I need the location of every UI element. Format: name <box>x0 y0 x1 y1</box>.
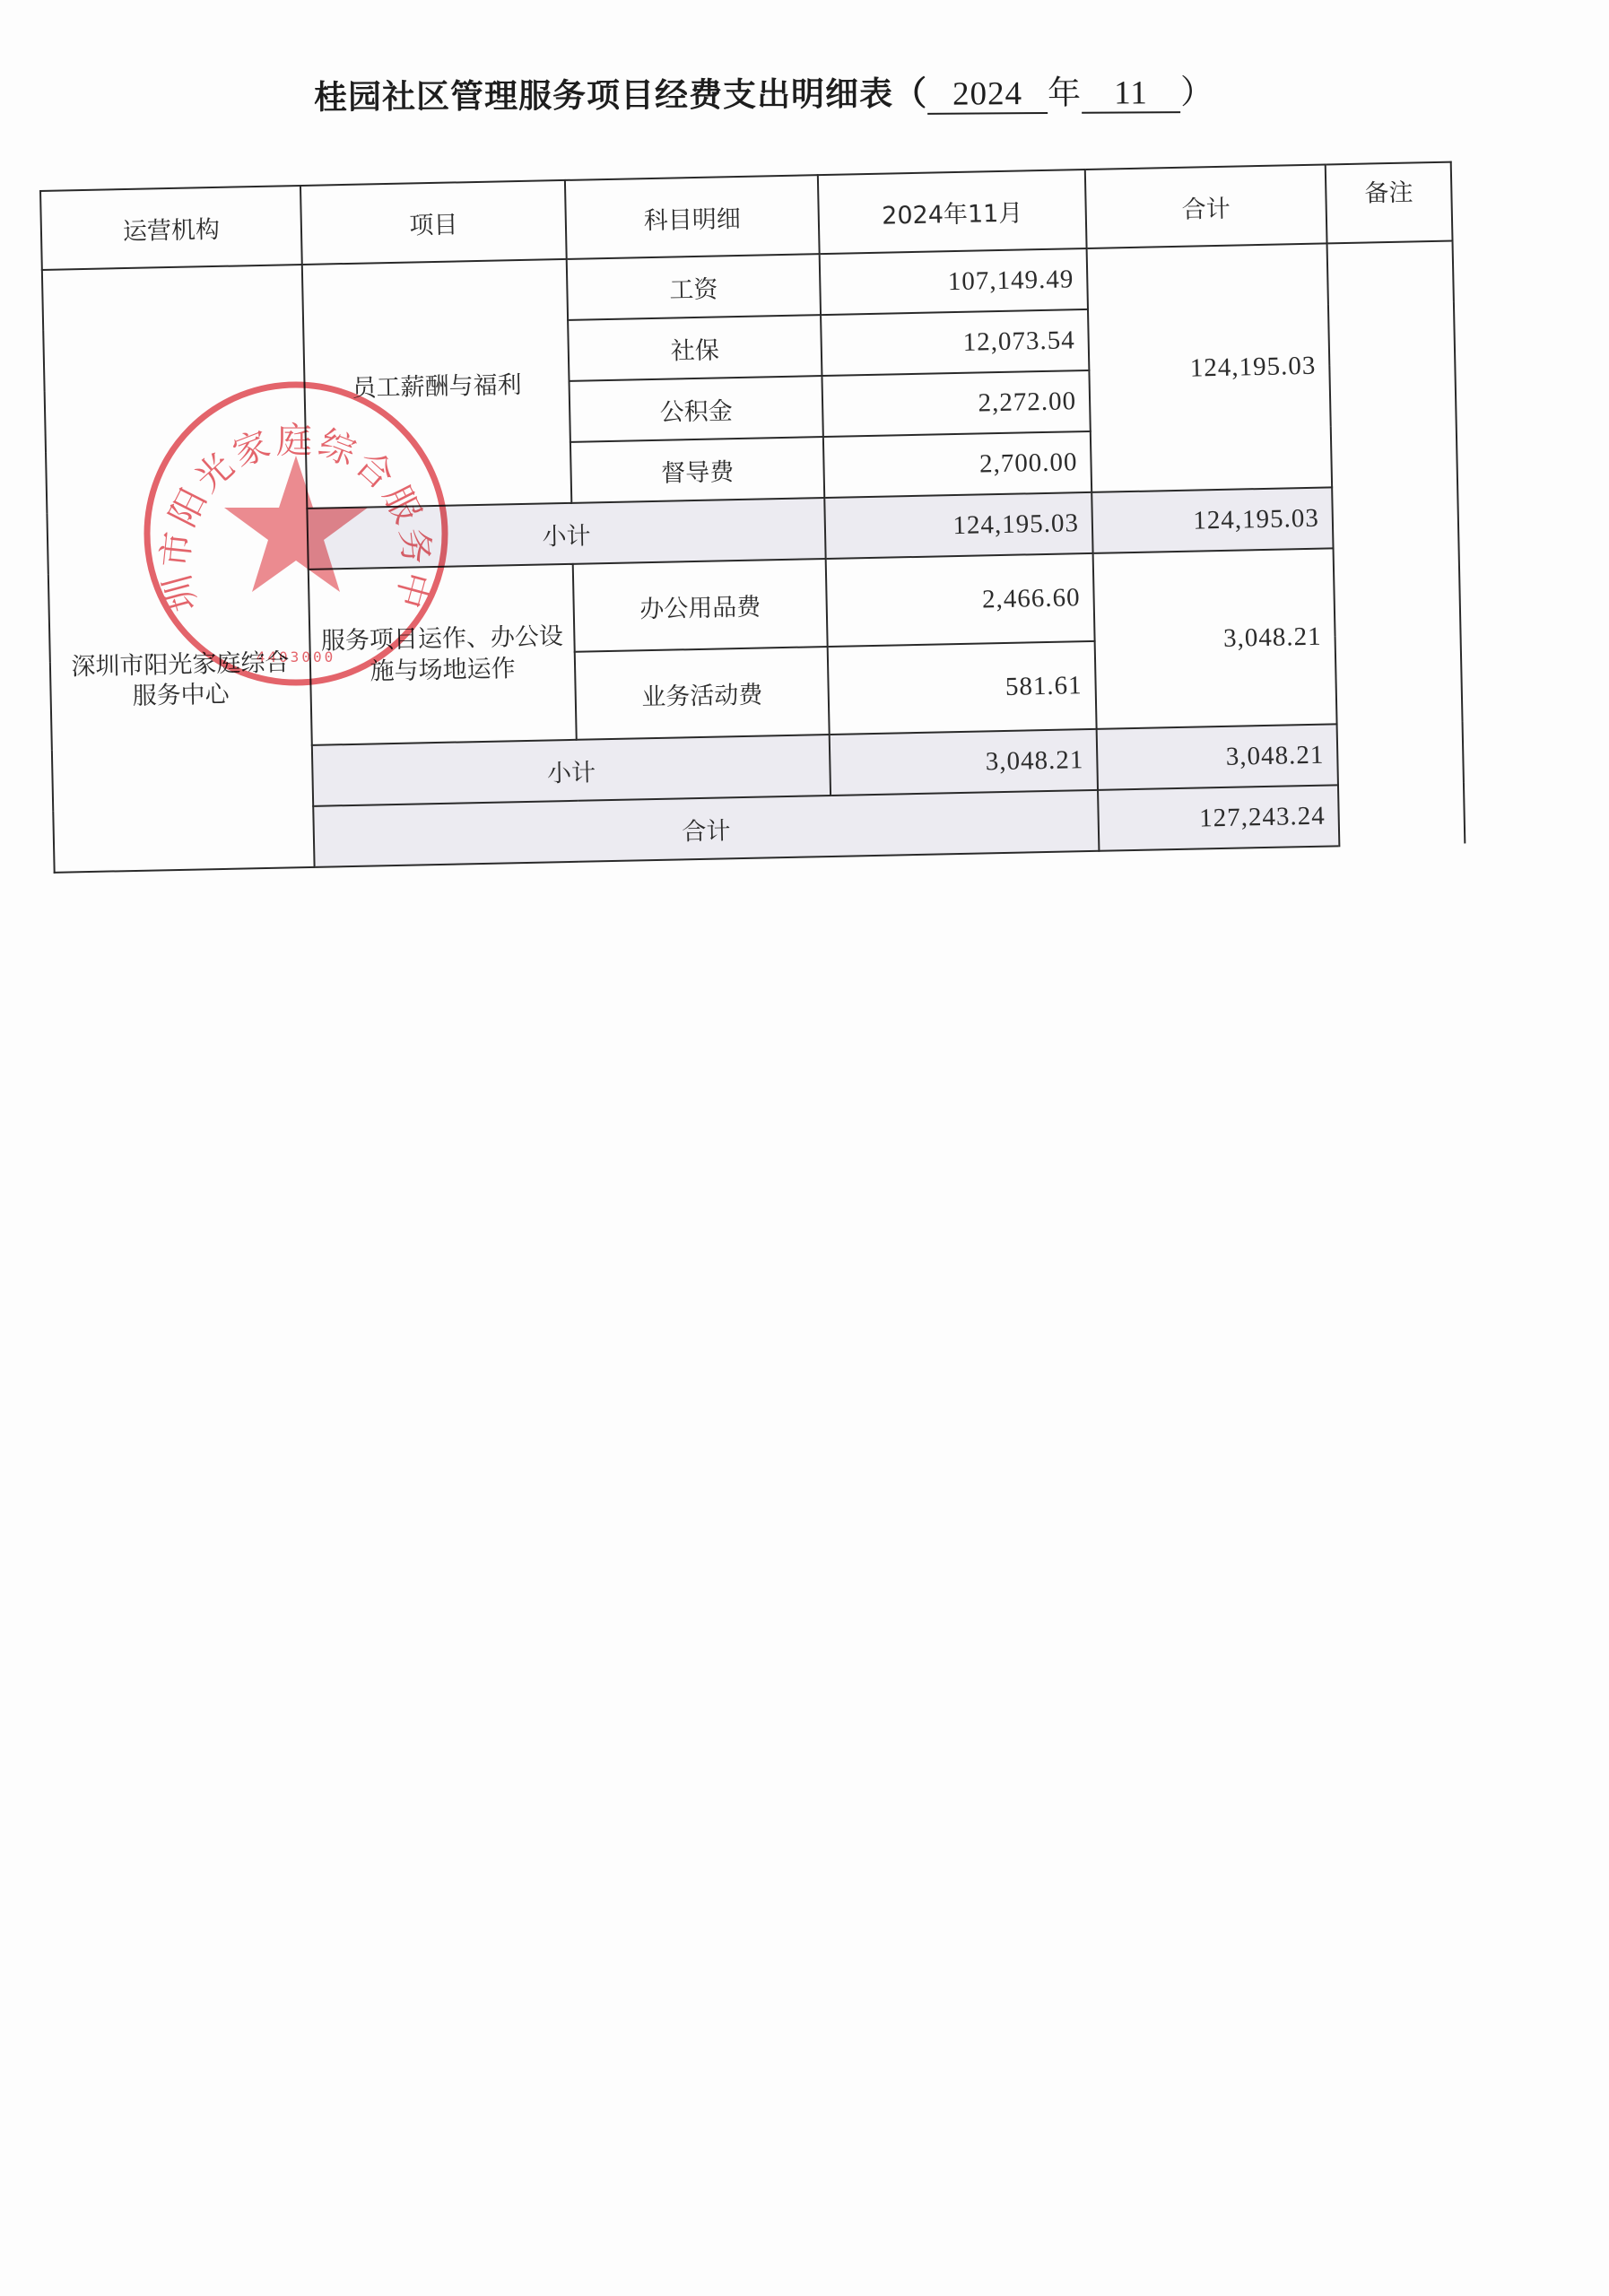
header-month: 2024年11月 <box>818 170 1087 254</box>
subtotal-total: 3,048.21 <box>1097 724 1338 790</box>
org-cell: 深圳市阳光家庭综合服务中心 <box>42 265 315 873</box>
title-year: 2024 <box>927 77 1048 115</box>
expense-table: 运营机构 项目 科目明细 2024年11月 合计 备注 深圳市阳光家庭综合服务中… <box>39 161 1465 874</box>
project-cell-2: 服务项目运作、办公设施与场地运作 <box>309 564 577 745</box>
header-project: 项目 <box>300 180 567 265</box>
document-title: 桂园社区管理服务项目经费支出明细表（2024年11） <box>314 65 1214 118</box>
project-name: 员工薪酬与福利 <box>352 370 522 402</box>
title-year-suffix: 年 <box>1048 74 1082 112</box>
grand-total-value: 127,243.24 <box>1098 785 1339 851</box>
header-total: 合计 <box>1085 164 1327 248</box>
title-text: 桂园社区管理服务项目经费支出明细表（ <box>314 74 927 117</box>
item-name: 办公用品费 <box>573 559 828 652</box>
title-month: 11 <box>1082 76 1180 114</box>
item-amount: 12,073.54 <box>821 309 1089 376</box>
subtotal-month: 3,048.21 <box>830 729 1098 796</box>
notes-cell <box>1327 241 1465 847</box>
org-name: 深圳市阳光家庭综合服务中心 <box>58 424 297 714</box>
group-total: 3,048.21 <box>1093 548 1337 728</box>
item-name: 督导费 <box>570 437 824 503</box>
item-amount: 107,149.49 <box>820 248 1088 315</box>
project-name: 服务项目运作、办公设施与场地运作 <box>321 622 564 686</box>
item-amount: 2,272.00 <box>822 370 1090 437</box>
item-name: 工资 <box>567 254 821 320</box>
subtotal-label: 小计 <box>312 735 831 806</box>
item-name: 业务活动费 <box>575 647 830 740</box>
subtotal-month: 124,195.03 <box>824 492 1092 559</box>
subtotal-total: 124,195.03 <box>1092 487 1333 553</box>
item-name: 社保 <box>568 315 822 381</box>
group-total: 124,195.03 <box>1087 243 1333 491</box>
header-org: 运营机构 <box>40 186 302 270</box>
item-amount: 581.61 <box>828 641 1097 735</box>
header-detail: 科目明细 <box>565 175 820 259</box>
subtotal-label: 小计 <box>307 498 825 570</box>
title-close: ） <box>1180 73 1214 111</box>
item-name: 公积金 <box>570 376 823 442</box>
item-amount: 2,700.00 <box>823 431 1092 498</box>
project-cell-1: 员工薪酬与福利 <box>302 259 572 509</box>
header-notes: 备注 <box>1326 162 1453 244</box>
item-amount: 2,466.60 <box>826 553 1095 647</box>
expense-table-sheet: 运营机构 项目 科目明细 2024年11月 合计 备注 深圳市阳光家庭综合服务中… <box>39 161 1465 874</box>
